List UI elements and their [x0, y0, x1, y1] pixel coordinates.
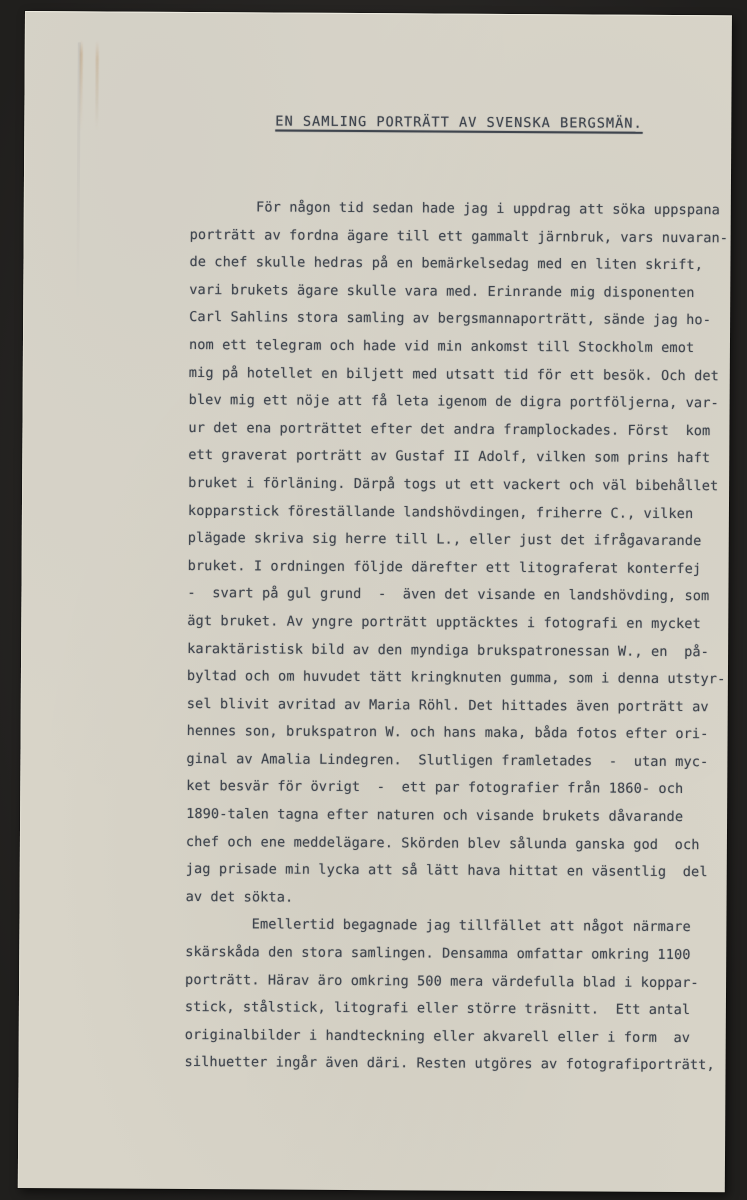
paragraph: Emellertid begagnade jag tillfället att … [184, 911, 730, 1080]
document-page: EN SAMLING PORTRÄTT AV SVENSKA BERGSMÄN.… [18, 11, 732, 1192]
paragraph: För någon tid sedan hade jag i uppdrag a… [186, 194, 735, 915]
document-title: EN SAMLING PORTRÄTT AV SVENSKA BERGSMÄN. [275, 114, 642, 132]
paper-crease [76, 42, 81, 302]
photo-background: EN SAMLING PORTRÄTT AV SVENSKA BERGSMÄN.… [0, 0, 747, 1200]
document-body: För någon tid sedan hade jag i uppdrag a… [184, 194, 734, 1080]
